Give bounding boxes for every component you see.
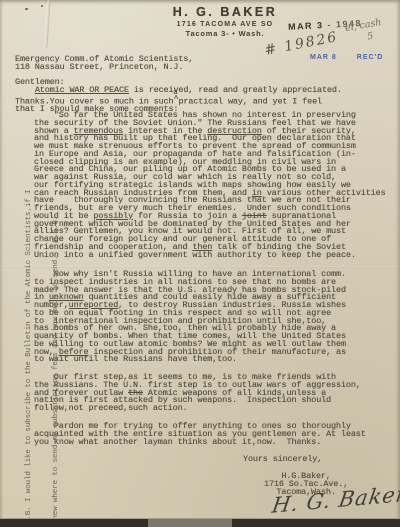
handwritten-cash-note: el, cash 5: [344, 17, 384, 46]
received-stamp-label: REC'D: [357, 54, 384, 61]
paper-speck: [41, 5, 43, 7]
letterhead-address-line1: 1716 TACOMA AVE SO: [140, 21, 310, 28]
scanned-letter-page: H. G. BAKER 1716 TACOMA AVE SO Tacoma 3-…: [0, 0, 400, 527]
recipient-line2: 118 Nassau Street, Princeton, N.J.: [15, 63, 193, 71]
paragraph-3: Now why isn't Russia willing to have an …: [34, 271, 346, 364]
paragraph-2: "So far the United States has shown no i…: [34, 112, 386, 259]
letterhead-name: H. G. BAKER: [140, 5, 310, 19]
margin-note-rotated: N.B. I would like to subscribe to the Bu…: [7, 110, 79, 524]
letterhead: H. G. BAKER 1716 TACOMA AVE SO Tacoma 3-…: [140, 5, 310, 38]
paragraph-5: Pardon me for trying to offer anything t…: [34, 423, 366, 446]
scan-background-strip: [0, 518, 400, 527]
paper-speck: [25, 8, 28, 10]
received-stamp-date: MAR 8: [310, 54, 337, 61]
valediction: Yours sincerely,: [243, 456, 322, 464]
recipient-address-block: Emergency Comm.of Atomic Scientists, 118…: [15, 55, 193, 71]
paragraph-4: Our first step,as it seems to me, is to …: [34, 374, 361, 413]
margin-note-line1: N.B. I would like to subscribe to the Bu…: [25, 110, 34, 524]
date-stamp-day: MAR 3: [288, 20, 324, 32]
received-stamp-blue: MAR 8 REC'D: [310, 54, 383, 61]
margin-note-line2: knew where to send my subscription fees …: [52, 110, 61, 524]
paper-crease-vertical: [44, 0, 50, 48]
letterhead-address-line2: Tacoma 3- • Wash.: [140, 29, 310, 38]
